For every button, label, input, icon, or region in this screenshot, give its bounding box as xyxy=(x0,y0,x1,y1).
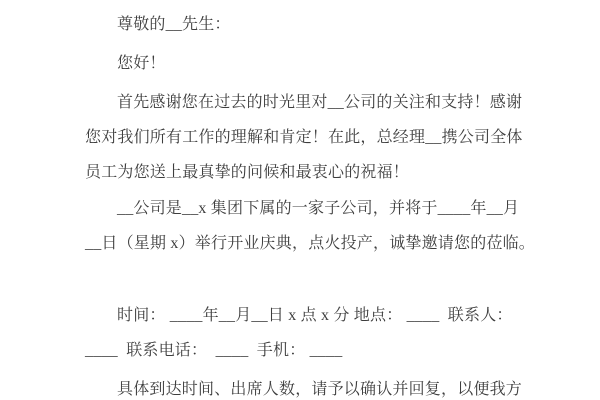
invitation-letter: 尊敬的__先生： 您好！ 首先感谢您在过去的时光里对__公司的关注和支持！感谢 … xyxy=(85,7,537,400)
paragraph-thanks: 首先感谢您在过去的时光里对__公司的关注和支持！感谢 您对我们所有工作的理解和肯… xyxy=(85,85,537,190)
paragraph-details-line-1: 时间： ____年__月__日 x 点 x 分 地点： ____ 联系人： xyxy=(85,298,537,333)
paragraph-invitation-line-2: __日（星期 x）举行开业庆典，点火投产，诚挚邀请您的莅临。 xyxy=(85,226,537,261)
letter-page: 尊敬的__先生： 您好！ 首先感谢您在过去的时光里对__公司的关注和支持！感谢 … xyxy=(0,0,600,400)
paragraph-invitation: __公司是__x 集团下属的一家子公司，并将于____年__月 __日（星期 x… xyxy=(85,191,537,261)
paragraph-confirmation-line-1: 具体到达时间、出席人数，请予以确认并回复，以便我方 xyxy=(85,372,537,400)
paragraph-confirmation: 具体到达时间、出席人数，请予以确认并回复，以便我方 xyxy=(85,372,537,400)
greeting-line: 您好！ xyxy=(85,46,537,81)
paragraph-thanks-line-3: 员工为您送上最真挚的问候和最衷心的祝福！ xyxy=(85,155,537,190)
salutation-line: 尊敬的__先生： xyxy=(85,7,537,42)
paragraph-details: 时间： ____年__月__日 x 点 x 分 地点： ____ 联系人： __… xyxy=(85,298,537,368)
paragraph-invitation-line-1: __公司是__x 集团下属的一家子公司，并将于____年__月 xyxy=(85,191,537,226)
paragraph-details-line-2: ____ 联系电话： ____ 手机： ____ xyxy=(85,333,537,368)
paragraph-thanks-line-2: 您对我们所有工作的理解和肯定！在此，总经理__携公司全体 xyxy=(85,120,537,155)
paragraph-thanks-line-1: 首先感谢您在过去的时光里对__公司的关注和支持！感谢 xyxy=(85,85,537,120)
